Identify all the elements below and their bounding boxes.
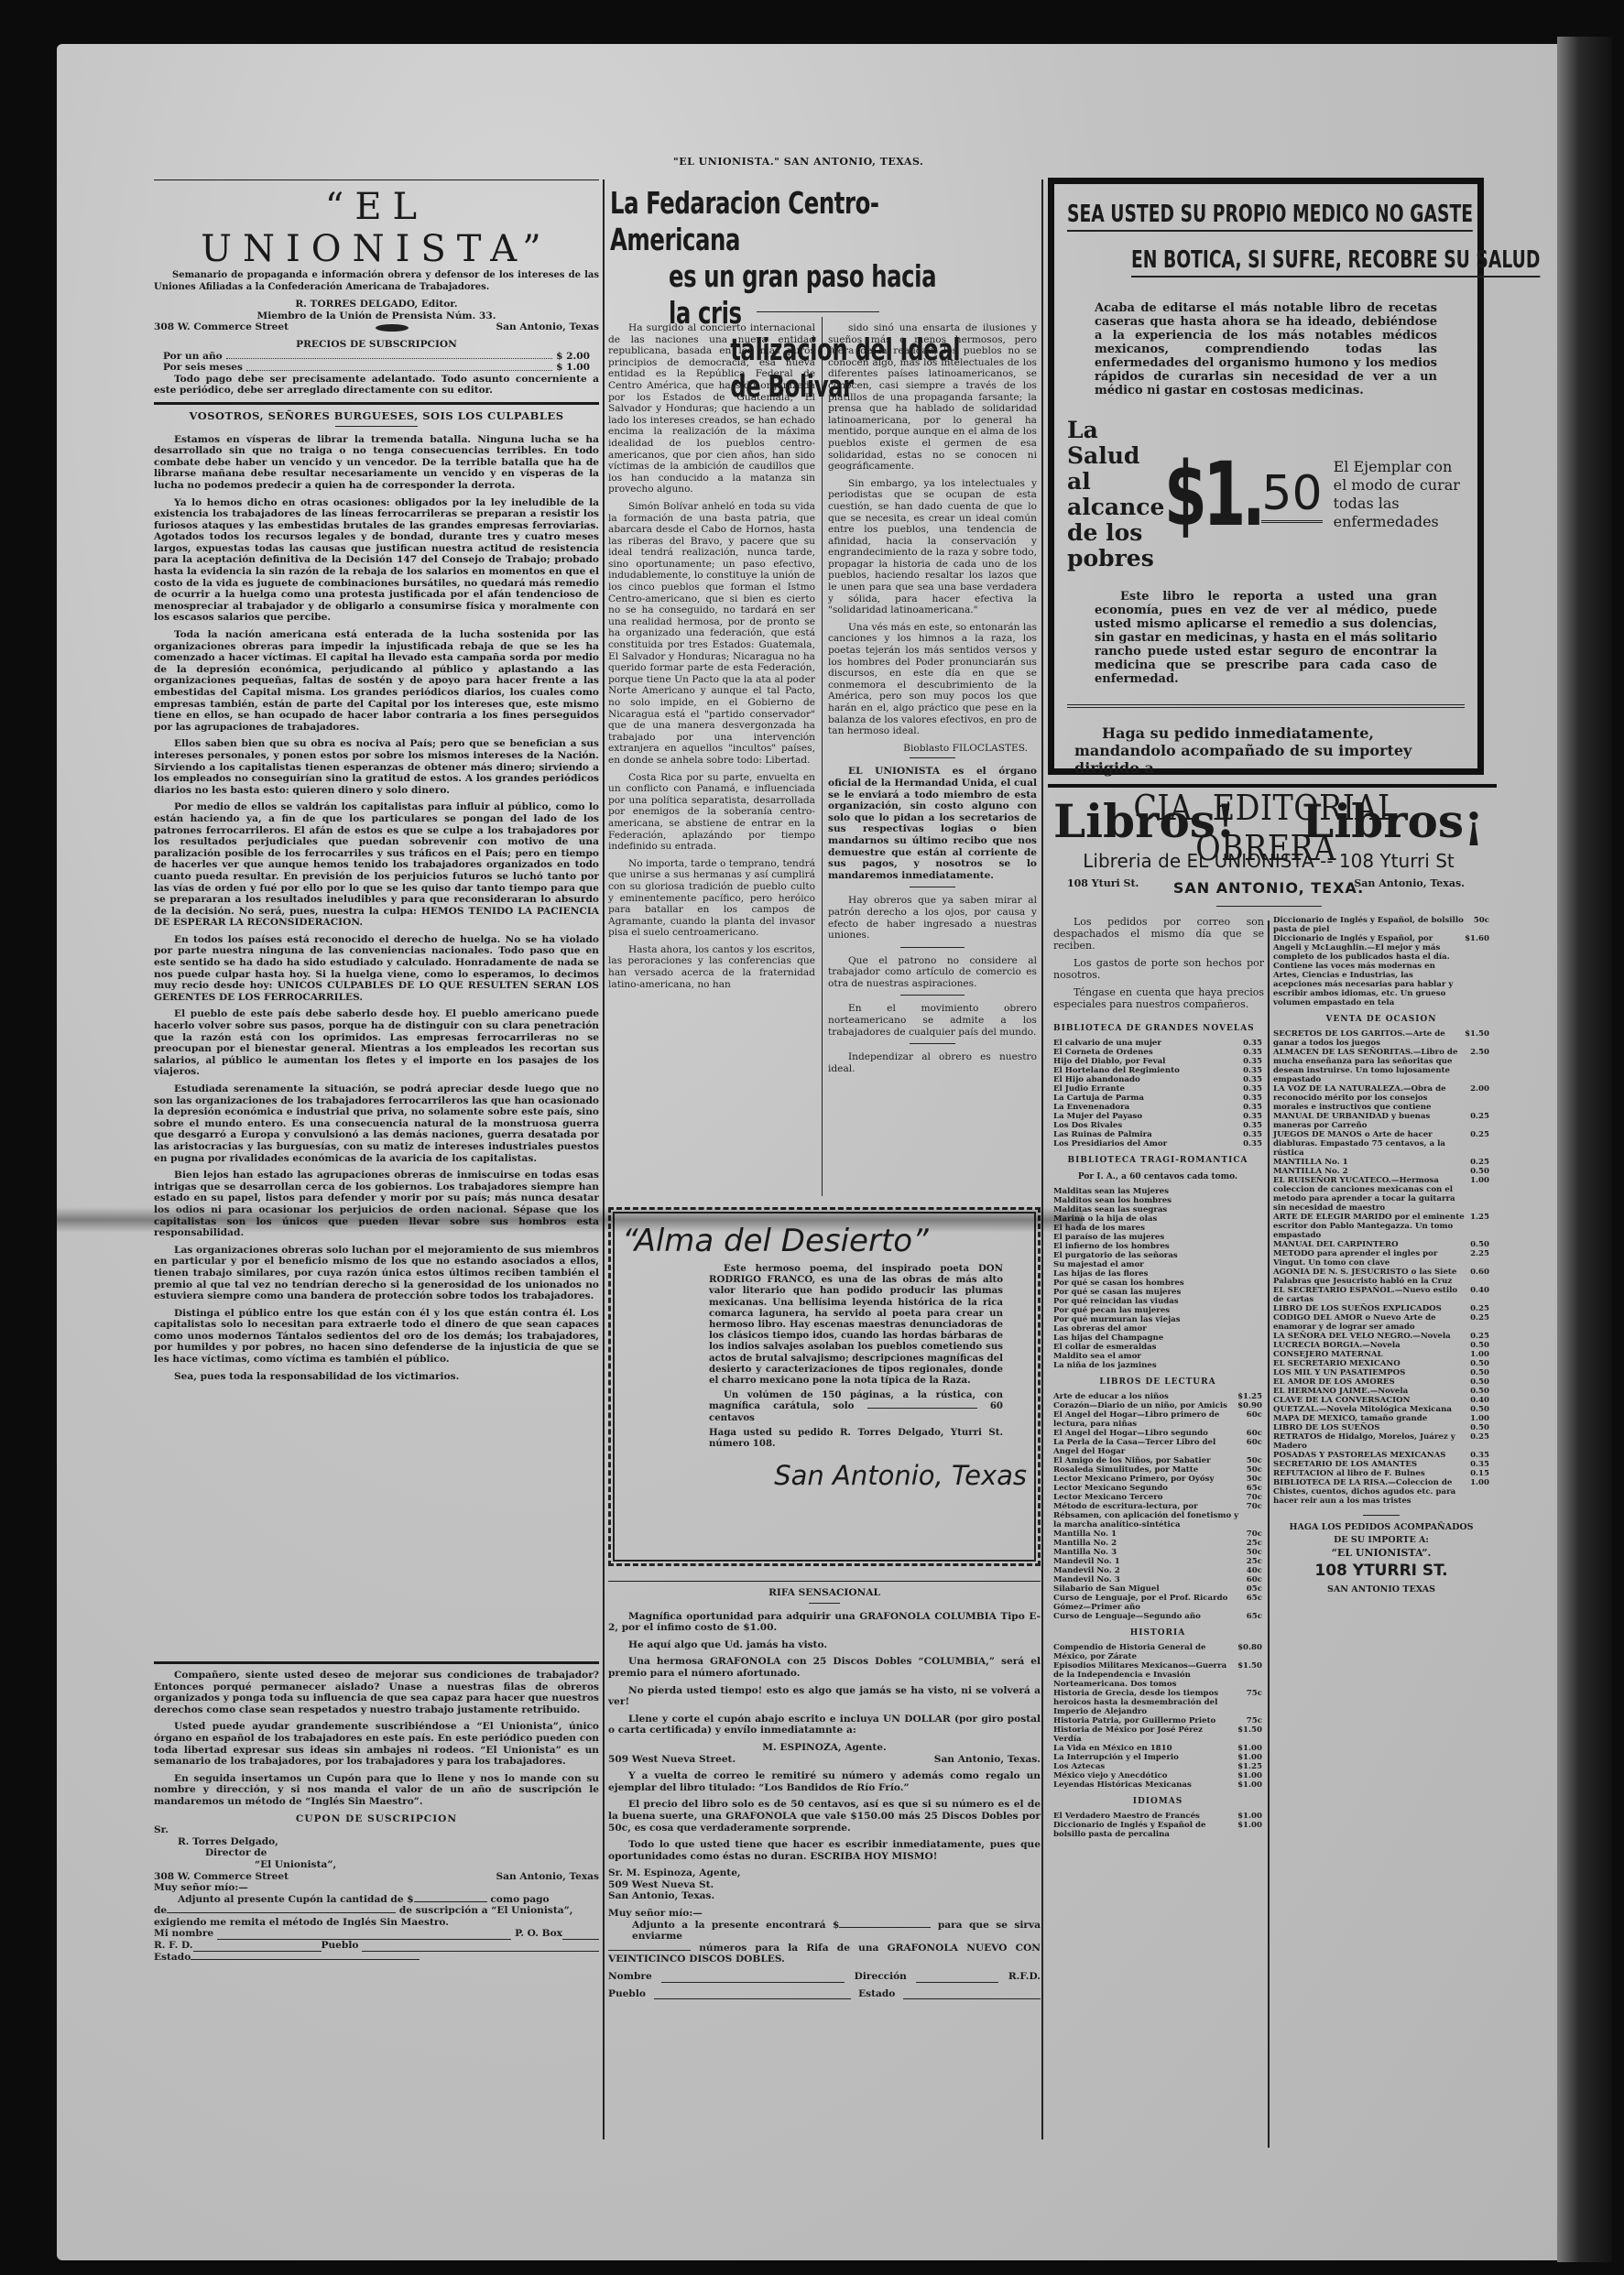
book-list-item: ALMACEN DE LAS SEÑORITAS.—Libro de mucha… <box>1273 1048 1489 1084</box>
book-list-item: El Hortelano del Regimiento0.35 <box>1053 1066 1262 1075</box>
book-list-item: Curso de Lenguaje—Segundo año65c <box>1053 1612 1262 1621</box>
book-list-item: CODIGO DEL AMOR o Nuevo Arte de enamorar… <box>1273 1313 1489 1332</box>
book-list-item: Compendio de Historia General de México,… <box>1053 1643 1262 1661</box>
prices-header: PRECIOS DE SUBSCRIPCION <box>154 339 599 351</box>
book-list-item: Los Aztecas$1.25 <box>1053 1762 1262 1771</box>
medico-body2: Este libro le reporta a usted una gran e… <box>1095 590 1437 686</box>
libros-city: SAN ANTONIO, TEXA. <box>1053 879 1484 897</box>
column-divider <box>822 317 823 1196</box>
masthead-top-rule <box>154 180 599 180</box>
book-list-item: EL SECRETARIO ESPAÑOL.—Nuevo estilo de c… <box>1273 1286 1489 1304</box>
book-list-item: Leyendas Históricas Mexicanas$1.00 <box>1053 1780 1262 1790</box>
book-list-item: El Angel del Hogar—Libro segundo60c <box>1053 1429 1262 1438</box>
rifa-amount-field[interactable] <box>839 1927 931 1928</box>
section-rule <box>154 402 599 405</box>
medico-ad: SEA USTED SU PROPIO MEDICO NO GASTE EN B… <box>1048 178 1484 775</box>
book-list-item: LOS MIL Y UN PASATIEMPOS0.50 <box>1273 1368 1489 1377</box>
book-list-item: QUETZAL.—Novela Mitológica Mexicana0.50 <box>1273 1405 1489 1414</box>
rifa-quantity-field[interactable] <box>608 1950 691 1951</box>
book-list-item: Lector Mexicano Segundo65c <box>1053 1484 1262 1493</box>
book-list-item: Mantilla No. 225c <box>1053 1539 1262 1548</box>
book-list-item: AGONIA DE N. S. JESUCRISTO o las Siete P… <box>1273 1268 1489 1286</box>
book-list-item: El Verdadero Maestro de Francés$1.00 <box>1053 1812 1262 1821</box>
notice: EL UNIONISTA es el órgano oficial de la … <box>828 766 1037 881</box>
notice: En el movimiento obrero norteamericano s… <box>828 1003 1037 1038</box>
book-list-item: LA SEÑORA DEL VELO NEGRO.—Novela0.25 <box>1273 1332 1489 1341</box>
book-list-item: REFUTACION al libro de F. Bulnes0.15 <box>1273 1469 1489 1478</box>
masthead-editor: R. TORRES DELGADO, Editor. <box>154 299 599 310</box>
medico-right-slogan: El Ejemplar con el modo de curar todas l… <box>1334 458 1465 531</box>
alma-del-desierto-ad: “Alma del Desierto” Este hermoso poema, … <box>608 1207 1041 1566</box>
book-list-item: MANUAL DE URBANIDAD y buenas maneras por… <box>1273 1112 1489 1130</box>
book-list-item: JUEGOS DE MANOS o Arte de hacer diablura… <box>1273 1130 1489 1158</box>
book-list-item: LIBRO DE LOS SUEÑOS EXPLICADOS0.25 <box>1273 1304 1489 1313</box>
book-list-item: MAPA DE MEXICO, tamaño grande1.00 <box>1273 1414 1489 1423</box>
book-list-item: El Hijo abandonado0.35 <box>1053 1075 1262 1084</box>
book-list-item: México viejo y Anecdótico$1.00 <box>1053 1771 1262 1780</box>
libros-list-right: Diccionario de Inglés y Español, de bols… <box>1273 916 1489 1595</box>
book-list-item: Las obreras del amor <box>1053 1324 1262 1333</box>
book-list-item: Los Dos Rivales0.35 <box>1053 1121 1262 1130</box>
libros-subtitle: Libreria de EL UNIONISTA -- 108 Yturri S… <box>1053 850 1484 872</box>
book-list-item: Historia de Grecia, desde los tiempos he… <box>1053 1689 1262 1716</box>
book-list-item: CONSEJERO MATERNAL1.00 <box>1273 1350 1489 1359</box>
book-list-item: Las Ruinas de Palmira0.35 <box>1053 1130 1262 1139</box>
name-field[interactable] <box>217 1928 511 1940</box>
masthead-member: Miembro de la Unión de Prensista Núm. 33… <box>154 310 599 322</box>
book-list-item: Método de escritura-lectura, por Rébsame… <box>1053 1502 1262 1529</box>
rifa-town-field[interactable] <box>654 1988 851 2000</box>
book-list-item: POSADAS Y PASTORELAS MEXICANAS0.35 <box>1273 1451 1489 1460</box>
rifa-name-field[interactable] <box>661 1971 845 1983</box>
book-list-item: Historia Patria, por Guillermo Prieto75c <box>1053 1716 1262 1725</box>
book-list-item: MANTILLA No. 20.50 <box>1273 1167 1489 1176</box>
book-list-item: Maldito sea el amor <box>1053 1352 1262 1361</box>
book-list-item: El Judio Errante0.35 <box>1053 1084 1262 1094</box>
book-list-item: El infierno de los hombres <box>1053 1242 1262 1251</box>
book-list-item: CLAVE DE LA CONVERSACION0.40 <box>1273 1396 1489 1405</box>
medico-headline-1: SEA USTED SU PROPIO MEDICO NO GASTE <box>1067 201 1473 232</box>
medico-left-slogan: La Salud al alcance de los pobres <box>1067 418 1164 571</box>
book-list-item: Mantilla No. 170c <box>1053 1529 1262 1539</box>
masthead-address: 308 W. Commerce Street San Antonio, Texa… <box>154 321 599 333</box>
book-list-item: Diccionario de Inglés y Español, de bols… <box>1273 916 1489 934</box>
book-list-item: EL SECRETARIO MEXICANO0.50 <box>1273 1359 1489 1368</box>
book-list-item: Malditos sean los hombres <box>1053 1196 1262 1205</box>
federacion-col1: Ha surgido al concierto internacional de… <box>608 322 815 996</box>
book-list-item: MANUAL DEL CARPINTERO0.50 <box>1273 1240 1489 1249</box>
notice: Hay obreros que ya saben mirar al patrón… <box>828 895 1037 941</box>
notice: Que el patrono no considere al trabajado… <box>828 955 1037 990</box>
column-divider <box>1268 920 1270 2148</box>
book-list-item: La niña de los jazmines <box>1053 1361 1262 1370</box>
book-list-item: El calvario de una mujer0.35 <box>1053 1039 1262 1048</box>
medico-price-row: La Salud al alcance de los pobres $1. 50… <box>1067 418 1465 571</box>
editorial-title: VOSOTROS, SEÑORES BURGUESES, SOIS LOS CU… <box>154 410 599 422</box>
coupon-title: CUPON DE SUSCRIPCION <box>154 1813 599 1825</box>
book-list-item: Curso de Lenguaje, por el Prof. Ricardo … <box>1053 1594 1262 1612</box>
book-list-item: Por qué se casan las mujeres <box>1053 1288 1262 1297</box>
rifa-agent: M. ESPINOZA, Agente. <box>608 1742 1041 1754</box>
amount-field[interactable] <box>414 1901 487 1902</box>
article-signature: Bioblasto FILOCLASTES. <box>828 743 1028 755</box>
book-list-item: Silabario de San Miguel05c <box>1053 1584 1262 1594</box>
book-list-item: El Angel del Hogar—Libro primero de lect… <box>1053 1410 1262 1429</box>
book-list-item: Hijo del Diablo, por Feval0.35 <box>1053 1057 1262 1066</box>
book-list-item: Mandevil No. 240c <box>1053 1566 1262 1575</box>
state-field[interactable] <box>191 1959 420 1960</box>
book-list-item: RETRATOS de Hidalgo, Morelos, Juárez y M… <box>1273 1432 1489 1451</box>
book-list-item: Por qué reincidan las viudas <box>1053 1297 1262 1306</box>
book-list-item: Rosaleda Simulitudes, por Matte50c <box>1053 1465 1262 1475</box>
rifa-section: RIFA SENSACIONAL Magnífica oportunidad p… <box>608 1575 1041 1999</box>
book-list-item: Arte de educar a los niños$1.25 <box>1053 1392 1262 1401</box>
book-list-item: Su majestad el amor <box>1053 1260 1262 1269</box>
medico-price-cents: 50 <box>1261 467 1322 523</box>
book-list-item: SECRETARIO DE LOS AMANTES0.35 <box>1273 1460 1489 1469</box>
book-list-item: El Amigo de los Niños, por Sabatier50c <box>1053 1456 1262 1465</box>
book-list-item: La Cartuja de Parma0.35 <box>1053 1094 1262 1103</box>
book-list-item: Lector Mexicano Tercero70c <box>1053 1493 1262 1502</box>
running-head: "EL UNIONISTA." SAN ANTONIO, TEXAS. <box>673 156 923 168</box>
rfd-field[interactable] <box>193 1940 322 1952</box>
libros-title-right: Libros¡ <box>1302 797 1484 846</box>
column-divider <box>1041 180 1043 2139</box>
medico-body: Acaba de editarse el más notable libro d… <box>1095 301 1437 397</box>
libros-title-left: Libros! <box>1053 797 1236 846</box>
book-list-item: Mantilla No. 350c <box>1053 1548 1262 1557</box>
book-list-item: EL AMOR DE LOS AMORES0.50 <box>1273 1377 1489 1387</box>
book-list-item: EL RUISEÑOR YUCATECO.—Hermosa coleccion … <box>1273 1176 1489 1213</box>
book-list-item: Los Presidiarios del Amor0.35 <box>1053 1139 1262 1148</box>
book-list-item: La Interrupción y el Imperio$1.00 <box>1053 1753 1262 1762</box>
federacion-col2: sido sinó una ensarta de ilusiones y sue… <box>828 322 1037 1080</box>
alma-body: Este hermoso poema, del inspirado poeta … <box>709 1263 1003 1386</box>
page-edge-shadow <box>1557 37 1612 2262</box>
medico-order: Haga su pedido inmediatamente, mandandol… <box>1074 724 1457 777</box>
book-list-item: LIBRO DE LOS SUEÑOS0.50 <box>1273 1423 1489 1432</box>
po-box-field[interactable] <box>562 1928 599 1940</box>
book-list-item: El paraíso de las mujeres <box>1053 1233 1262 1242</box>
book-list-item: Mandevil No. 360c <box>1053 1575 1262 1584</box>
town-field[interactable] <box>362 1940 599 1952</box>
masthead-address-left: 308 W. Commerce Street <box>154 321 289 333</box>
medico-headline-2: EN BOTICA, SI SUFRE, RECOBRE SU SALUD <box>1131 246 1540 278</box>
masthead-description: Semanario de propaganda e información ob… <box>154 270 599 293</box>
book-list-item: EL HERMANO JAIME.—Novela0.50 <box>1273 1387 1489 1396</box>
masthead-title: “EL UNIONISTA” <box>154 186 599 270</box>
left-column: “EL UNIONISTA” Semanario de propaganda e… <box>154 174 599 1388</box>
book-list-item: El collar de esmeraldas <box>1053 1343 1262 1352</box>
book-list-item: MANTILLA No. 10.25 <box>1273 1158 1489 1167</box>
price-row: Por un año$ 2.00 <box>154 351 599 363</box>
book-list-item: Diccionario de Inglés y Español, por Ang… <box>1273 934 1489 1007</box>
book-list-item: La Mujer del Payaso0.35 <box>1053 1112 1262 1121</box>
rifa-title: RIFA SENSACIONAL <box>608 1587 1041 1599</box>
book-list-item: Diccionario de Inglés y Español de bolsi… <box>1053 1821 1262 1839</box>
period-field[interactable] <box>167 1912 396 1913</box>
book-list-item: El purgatorio de las señoras <box>1053 1251 1262 1260</box>
libros-list-left: BIBLIOTECA DE GRANDES NOVELAS El calvari… <box>1053 1017 1262 1839</box>
book-list-item: Episodios Militares Mexicanos—Guerra de … <box>1053 1661 1262 1689</box>
book-list-item: La Envenenadora0.35 <box>1053 1103 1262 1112</box>
alma-footer: San Antonio, Texas <box>622 1460 1027 1491</box>
subscription-section: Compañero, siente usted deseo de mejorar… <box>154 1656 599 1963</box>
alma-order: Haga usted su pedido R. Torres Delgado, … <box>709 1427 1003 1449</box>
editorial-body: Estamos en vísperas de librar la tremend… <box>154 434 599 1383</box>
book-list-item: METODO para aprender el ingles por Vingu… <box>1273 1249 1489 1268</box>
book-list-item: LUCRECIA BORGIA.—Novela0.50 <box>1273 1341 1489 1350</box>
book-list-item: BIBLIOTECA DE LA RISA.—Coleccion de Chis… <box>1273 1478 1489 1506</box>
book-list-item: Malditas sean las suegras <box>1053 1205 1262 1214</box>
notice: Independizar al obrero es nuestro ideal. <box>828 1051 1037 1074</box>
book-list-item: Marina o la hija de olas <box>1053 1214 1262 1224</box>
book-list-item: Historia de México por José Pérez Verdía… <box>1053 1725 1262 1744</box>
book-list-item: Por qué se casan los hombres <box>1053 1279 1262 1288</box>
libros-intro: Los pedidos por correo son despachados e… <box>1053 916 1264 1016</box>
book-list-item: Malditas sean las Mujeres <box>1053 1187 1262 1196</box>
book-list-item: Las hijas del Champagne <box>1053 1333 1262 1343</box>
payment-note: Todo pago debe ser precisamente adelanta… <box>154 374 599 397</box>
rifa-address-field[interactable] <box>916 1971 998 1983</box>
book-list-item: Por qué murmuran las viejas <box>1053 1315 1262 1324</box>
price-row: Por seis meses$ 1.00 <box>154 362 599 374</box>
book-list-item: ARTE DE ELEGIR MARIDO por el eminente es… <box>1273 1213 1489 1240</box>
ornament-icon <box>376 324 409 332</box>
paper-fold <box>57 1207 1083 1233</box>
book-list-item: LA VOZ DE LA NATURALEZA.—Obra de reconoc… <box>1273 1084 1489 1112</box>
book-list-item: Las hijas de las flores <box>1053 1269 1262 1279</box>
book-list-item: SECRETOS DE LOS GARITOS.—Arte de ganar a… <box>1273 1029 1489 1048</box>
book-list-item: La Vida en México en 1810$1.00 <box>1053 1744 1262 1753</box>
rifa-state-field[interactable] <box>903 1988 1041 2000</box>
book-list-item: El hada de los mares <box>1053 1224 1262 1233</box>
column-divider <box>603 180 605 2139</box>
book-list-item: El Corneta de Ordenes0.35 <box>1053 1048 1262 1057</box>
book-list-item: Corazón—Diario de un niño, por Amicis$0.… <box>1053 1401 1262 1410</box>
masthead-address-right: San Antonio, Texas <box>496 321 599 333</box>
libros-header: Libros!Libros¡ Libreria de EL UNIONISTA … <box>1053 797 1484 914</box>
book-list-item: Lector Mexicano Primero, por Oyósy50c <box>1053 1475 1262 1484</box>
book-list-item: Por qué pecan las mujeres <box>1053 1306 1262 1315</box>
medico-price-dollars: $1. <box>1164 443 1228 546</box>
book-list-item: Mandevil No. 125c <box>1053 1557 1262 1566</box>
book-list-item: La Perla de la Casa—Tercer Libro del Ang… <box>1053 1438 1262 1456</box>
section-rule <box>154 1661 599 1664</box>
